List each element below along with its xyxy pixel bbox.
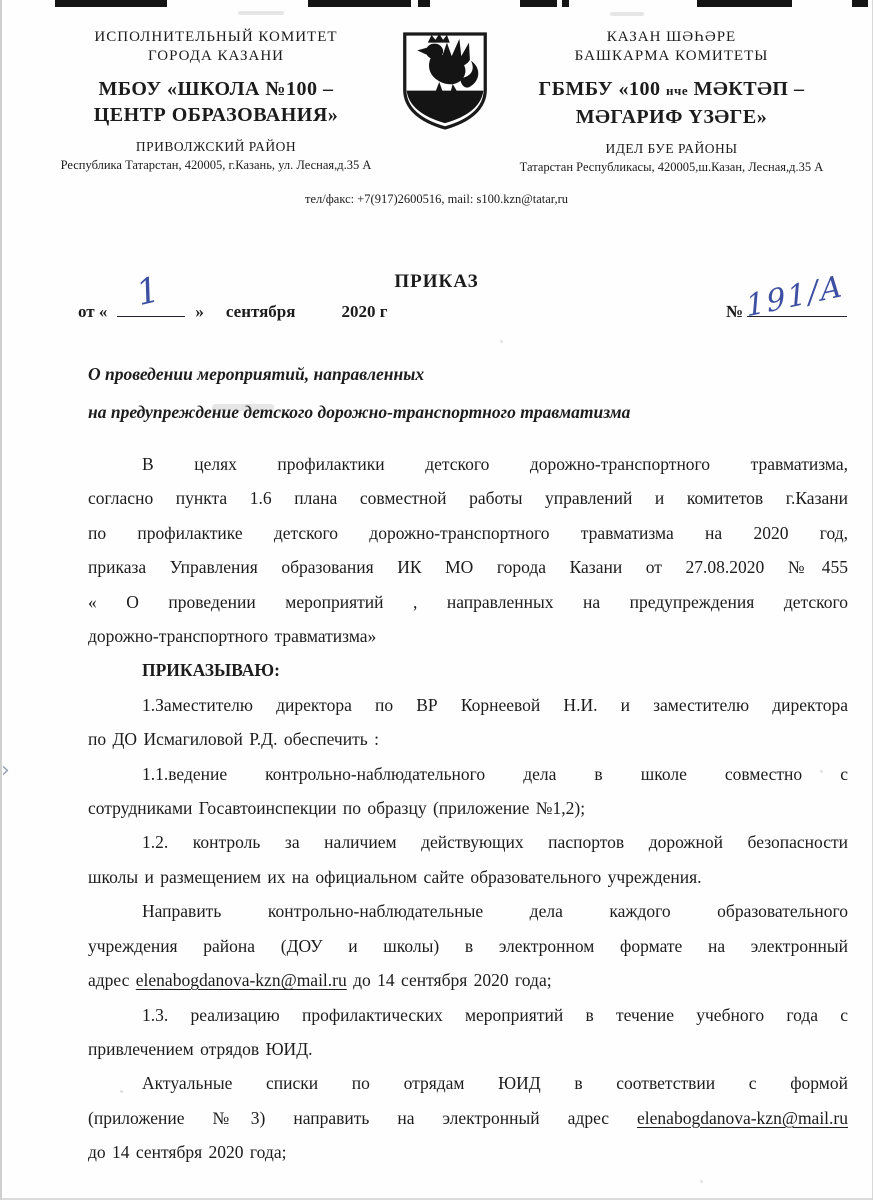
- text-line: (приложение №3) направить на электронный…: [88, 1101, 848, 1135]
- scan-dash: [562, 0, 569, 7]
- committee-line1-ru: ИСПОЛНИТЕЛЬНЫЙ КОМИТЕТ: [40, 28, 392, 47]
- district-tt: ИДЕЛ БУЕ РАЙОНЫ: [484, 141, 859, 157]
- text-line: дорожно-транспортного травматизма»: [88, 619, 848, 653]
- order-body: В целях профилактики детского дорожно-тр…: [88, 447, 848, 1170]
- address-tt: Татарстан Республикасы, 420005,ш.Казан, …: [484, 160, 859, 175]
- text-line: Направить контрольно-наблюдательные дела…: [88, 894, 848, 928]
- school-name-line2-tt: МӘГАРИФ ҮЗӘГЕ»: [484, 104, 859, 130]
- scan-dash: [418, 0, 430, 7]
- text-line: приказа Управления образования ИК МО гор…: [88, 550, 848, 584]
- paragraph-item-1-3: 1.3. реализацию профилактических меропри…: [88, 998, 848, 1067]
- date-month: сентября: [226, 302, 296, 321]
- school-name-line1-post: МӘКТӘП –: [688, 78, 804, 100]
- scanned-order-document: › ИСПОЛНИТЕЛЬНЫЙ КОМИТЕТ ГОРОДА КАЗАНИ М…: [0, 0, 873, 1200]
- text-line: 1.Заместителю директора по ВР Корнеевой …: [88, 688, 848, 722]
- school-name-line1-small: нче: [666, 83, 688, 98]
- text-line: школы и размещением их на официальном са…: [88, 860, 848, 894]
- date-prefix: от «: [78, 302, 107, 321]
- text-line: Актуальные списки по отрядам ЮИД в соотв…: [88, 1066, 848, 1100]
- committee-line1-tt: КАЗАН ШӘҺӘРЕ: [484, 28, 859, 47]
- text-line: сотрудниками Госавтоинспекции по образцу…: [88, 791, 848, 825]
- text-line: О проведении мероприятий, направленных: [88, 355, 847, 393]
- school-name-line1-tt: ГБМБУ «100 нче МӘКТӘП –: [484, 76, 859, 104]
- school-name-line2-ru: ЦЕНТР ОБРАЗОВАНИЯ»: [40, 102, 392, 128]
- correction-smudge: [212, 404, 274, 411]
- scan-speck: [820, 770, 823, 773]
- text-line: 1.1.ведение контрольно-наблюдательного д…: [88, 757, 848, 791]
- school-name-line1-pre: ГБМБУ «100: [539, 78, 667, 100]
- committee-name-tt: КАЗАН ШӘҺӘРЕ БАШКАРМА КОМИТЕТЫ: [484, 28, 859, 66]
- order-number: №191/А: [726, 302, 847, 322]
- scan-dash: [852, 0, 868, 7]
- scan-smudge: [238, 11, 284, 15]
- paragraph-item-1-2: 1.2. контроль за наличием действующих па…: [88, 825, 848, 894]
- scan-speck: [500, 340, 503, 343]
- paragraph-send-files: Направить контрольно-наблюдательные дела…: [88, 894, 848, 997]
- scan-dash: [520, 0, 557, 7]
- text-line: учреждения района (ДОУ и школы) в электр…: [88, 929, 848, 963]
- text-line: привлечением отрядов ЮИД.: [88, 1032, 848, 1066]
- text-line: « О проведении мероприятий , направленны…: [88, 585, 848, 619]
- kazan-coat-of-arms-icon: [399, 30, 491, 132]
- paragraph-item-1-1: 1.1.ведение контрольно-наблюдательного д…: [88, 757, 848, 826]
- letterhead-tatar-column: КАЗАН ШӘҺӘРЕ БАШКАРМА КОМИТЕТЫ ГБМБУ «10…: [484, 28, 859, 175]
- school-name-tt: ГБМБУ «100 нче МӘКТӘП – МӘГАРИФ ҮЗӘГЕ»: [484, 76, 859, 130]
- text-line: адрес elenabogdanova-kzn@mail.ru до 14 с…: [88, 963, 848, 997]
- text-line: по профилактике детского дорожно-транспо…: [88, 516, 848, 550]
- text-line: 1.2. контроль за наличием действующих па…: [88, 825, 848, 859]
- address-ru: Республика Татарстан, 420005, г.Казань, …: [40, 158, 392, 173]
- text-line: на предупреждение детского дорожно-транс…: [88, 393, 847, 431]
- date-number-row: от «1»сентября2020 г №191/А: [78, 302, 847, 322]
- paragraph-resolve: ПРИКАЗЫВАЮ:: [88, 653, 848, 687]
- scan-speck: [120, 1090, 123, 1093]
- date-year: 2020 г: [341, 302, 387, 321]
- order-date: от «1»сентября2020 г: [78, 302, 387, 322]
- letterhead: ИСПОЛНИТЕЛЬНЫЙ КОМИТЕТ ГОРОДА КАЗАНИ МБО…: [0, 0, 873, 175]
- emblem-container: [392, 28, 498, 132]
- order-subject: О проведении мероприятий, направленныхна…: [88, 355, 847, 431]
- school-name-ru: МБОУ «ШКОЛА №100 – ЦЕНТР ОБРАЗОВАНИЯ»: [40, 76, 392, 128]
- margin-chevron-mark: ›: [1, 758, 10, 783]
- committee-line2-ru: ГОРОДА КАЗАНИ: [40, 47, 392, 66]
- scan-dash: [308, 0, 411, 7]
- paragraph-yuid-lists: Актуальные списки по отрядам ЮИД в соотв…: [88, 1066, 848, 1169]
- paragraph-item-1: 1.Заместителю директора по ВР Корнеевой …: [88, 688, 848, 757]
- text-line: до 14 сентября 2020 года;: [88, 1135, 848, 1169]
- text-line: по ДО Исмагиловой Р.Д. обеспечить :: [88, 722, 848, 756]
- order-title: ПРИКАЗ: [0, 271, 873, 293]
- committee-name-ru: ИСПОЛНИТЕЛЬНЫЙ КОМИТЕТ ГОРОДА КАЗАНИ: [40, 28, 392, 66]
- school-name-line1-ru: МБОУ «ШКОЛА №100 –: [40, 76, 392, 102]
- text-line: согласно пункта 1.6 плана совместной раб…: [88, 481, 848, 515]
- number-blank: 191/А: [747, 312, 847, 317]
- date-close-quote: »: [195, 302, 204, 321]
- district-ru: ПРИВОЛЖСКИЙ РАЙОН: [40, 139, 392, 155]
- paragraph-preamble: В целях профилактики детского дорожно-тр…: [88, 447, 848, 653]
- contact-line: тел/факс: +7(917)2600516, mail: s100.kzn…: [0, 192, 873, 207]
- text-line: ПРИКАЗЫВАЮ:: [88, 653, 848, 687]
- committee-line2-tt: БАШКАРМА КОМИТЕТЫ: [484, 47, 859, 66]
- scan-speck: [700, 1180, 703, 1183]
- scan-dash: [55, 0, 167, 7]
- scan-edge-line-left: [0, 0, 2, 1200]
- text-line: 1.3. реализацию профилактических меропри…: [88, 998, 848, 1032]
- scan-smudge: [610, 12, 644, 16]
- date-day-blank: 1: [117, 312, 185, 317]
- scan-dash: [697, 0, 792, 7]
- text-line: В целях профилактики детского дорожно-тр…: [88, 447, 848, 481]
- letterhead-russian-column: ИСПОЛНИТЕЛЬНЫЙ КОМИТЕТ ГОРОДА КАЗАНИ МБО…: [40, 28, 392, 173]
- number-sign: №: [726, 302, 743, 321]
